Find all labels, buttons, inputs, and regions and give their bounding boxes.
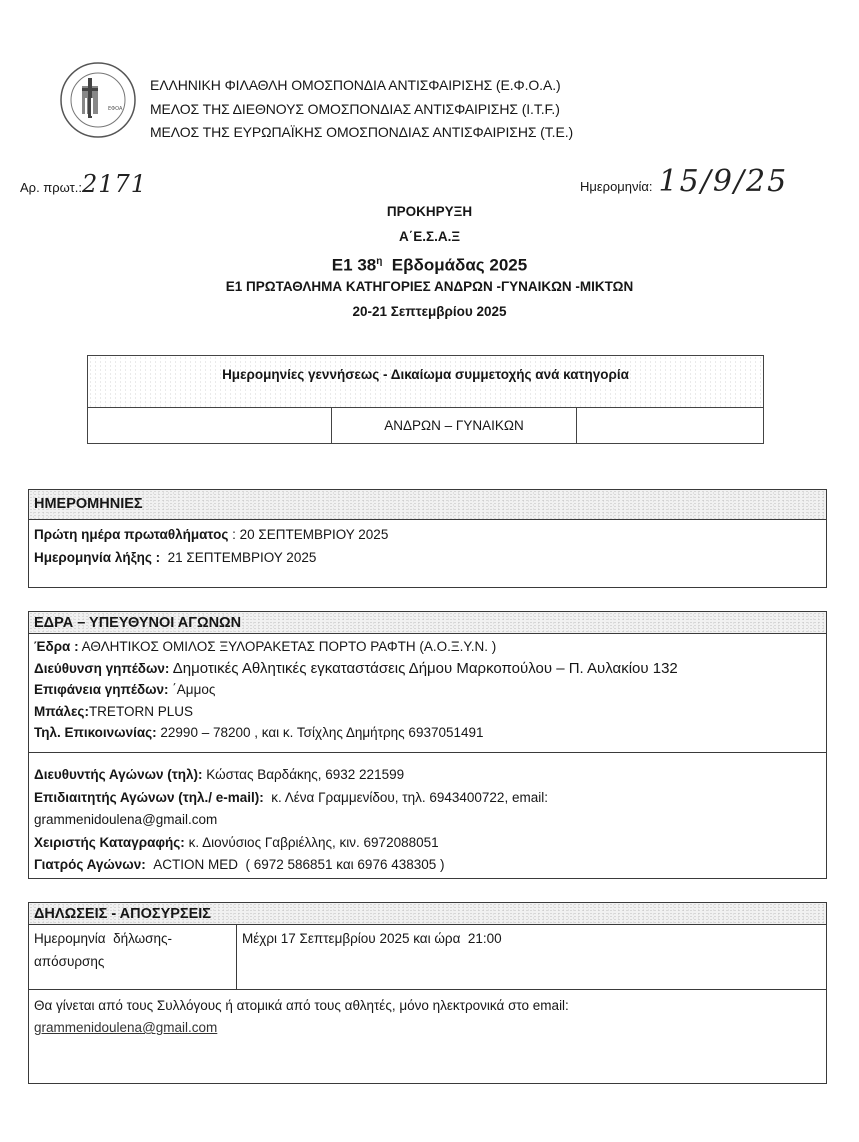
- table-row: ΑΝΔΡΩΝ – ΓΥΝΑΙΚΩΝ: [88, 408, 763, 443]
- row-label: Διευθυντής Αγώνων (τηλ):: [34, 767, 203, 782]
- protocol-number: Αρ. πρωτ.:2171: [20, 170, 147, 198]
- row-value: : 20 ΣΕΠΤΕΜΒΡΙΟΥ 2025: [228, 527, 388, 542]
- row-value: ΄Αμμος: [169, 682, 216, 697]
- entries-note-text: Θα γίνεται από τους Συλλόγους ή ατομικά …: [34, 995, 821, 1017]
- eligibility-table-header: Ημερομηνίες γεννήσεως - Δικαίωμα συμμετο…: [88, 356, 763, 408]
- eligibility-table: Ημερομηνίες γεννήσεως - Δικαίωμα συμμετο…: [87, 355, 764, 444]
- document-date: Ημερομηνία:15/9/25: [580, 164, 788, 199]
- row-label: Ημερομηνία λήξης :: [34, 550, 160, 565]
- entries-withdrawals-section: ΔΗΛΩΣΕΙΣ - ΑΠΟΣΥΡΣΕΙΣ Ημερομηνία δήλωσης…: [28, 902, 827, 1084]
- protocol-handwritten-number: 2171: [82, 170, 147, 198]
- row-value: 21 ΣΕΠΤΕΜΒΡΙΟΥ 2025: [160, 550, 316, 565]
- section-title: ΔΗΛΩΣΕΙΣ - ΑΠΟΣΥΡΣΕΙΣ: [29, 903, 826, 925]
- te-membership: ΜΕΛΟΣ ΤΗΣ ΕΥΡΩΠΑΪΚΗΣ ΟΜΟΣΠΟΝΔΙΑΣ ΑΝΤΙΣΦΑ…: [150, 121, 573, 145]
- date-label: Ημερομηνία:: [580, 179, 653, 194]
- address-row: Διεύθυνση γηπέδων: Δημοτικές Αθλητικές ε…: [29, 658, 826, 680]
- officials-details: Διευθυντής Αγώνων (τηλ): Κώστας Βαρδάκης…: [29, 753, 826, 877]
- deadline-row: Ημερομηνία δήλωσης- απόσυρσης Μέχρι 17 Σ…: [29, 925, 826, 990]
- row-value: ΑΘΛΗΤΙΚΟΣ ΟΜΙΛΟΣ ΞΥΛΟΡΑΚΕΤΑΣ ΠΟΡΤΟ ΡΑΦΤΗ…: [79, 639, 497, 654]
- end-date-row: Ημερομηνία λήξης : 21 ΣΕΠΤΕΜΒΡΙΟΥ 2025: [29, 546, 826, 569]
- venue-row: Έδρα : ΑΘΛΗΤΙΚΟΣ ΟΜΙΛΟΣ ΞΥΛΟΡΑΚΕΤΑΣ ΠΟΡΤ…: [29, 636, 826, 658]
- week-suffix: Εβδομάδας 2025: [382, 256, 527, 275]
- row-label: Πρώτη ημέρα πρωταθλήματος: [34, 527, 228, 542]
- tournament-category: Α΄Ε.Σ.Α.Ξ: [0, 225, 859, 250]
- row-label: Επιδιαιτητής Αγώνων (τηλ./ e-mail):: [34, 790, 264, 805]
- dates-section: ΗΜΕΡΟΜΗΝΙΕΣ Πρώτη ημέρα πρωταθλήματος : …: [28, 489, 827, 588]
- tournament-director-row: Διευθυντής Αγώνων (τηλ): Κώστας Βαρδάκης…: [29, 764, 826, 787]
- row-label: Χειριστής Καταγραφής:: [34, 835, 185, 850]
- row-value: TRETORN PLUS: [89, 704, 193, 719]
- section-title: ΗΜΕΡΟΜΗΝΙΕΣ: [29, 490, 826, 520]
- org-name: ΕΛΛΗΝΙΚΗ ΦΙΛΑΘΛΗ ΟΜΟΣΠΟΝΔΙΑ ΑΝΤΙΣΦΑΙΡΙΣΗ…: [150, 74, 573, 98]
- recorder-row: Χειριστής Καταγραφής: κ. Διονύσιος Γαβρι…: [29, 832, 826, 855]
- deadline-value: Μέχρι 17 Σεπτεμβρίου 2025 και ώρα 21:00: [237, 925, 826, 989]
- referee-row: Επιδιαιτητής Αγώνων (τηλ./ e-mail): κ. Λ…: [29, 787, 826, 810]
- row-value: κ. Λένα Γραμμενίδου, τηλ. 6943400722, em…: [264, 790, 548, 805]
- table-cell: [577, 408, 763, 443]
- row-label: Διεύθυνση γηπέδων:: [34, 661, 169, 676]
- deadline-label-line: Ημερομηνία δήλωσης-: [34, 927, 231, 950]
- balls-row: Μπάλες:TRETORN PLUS: [29, 701, 826, 723]
- row-label: Μπάλες:: [34, 704, 89, 719]
- section-title: ΕΔΡΑ – ΥΠΕΥΘΥΝΟΙ ΑΓΩΝΩΝ: [29, 612, 826, 634]
- tournament-dates: 20-21 Σεπτεμβρίου 2025: [0, 300, 859, 325]
- deadline-label-line: απόσυρσης: [34, 950, 231, 973]
- venue-details: Έδρα : ΑΘΛΗΤΙΚΟΣ ΟΜΙΛΟΣ ΞΥΛΟΡΑΚΕΤΑΣ ΠΟΡΤ…: [29, 634, 826, 753]
- table-cell: [88, 408, 332, 443]
- announcement-title-block: ΠΡΟΚΗΡΥΞΗ Α΄Ε.Σ.Α.Ξ Ε1 38η Εβδομάδας 202…: [0, 200, 859, 324]
- row-label: Επιφάνεια γηπέδων:: [34, 682, 169, 697]
- row-value: Κώστας Βαρδάκης, 6932 221599: [203, 767, 405, 782]
- surface-row: Επιφάνεια γηπέδων: ΄Αμμος: [29, 679, 826, 701]
- row-value: ACTION MED ( 6972 586851 και 6976 438305…: [146, 857, 445, 872]
- entries-email-link[interactable]: grammenidoulena@gmail.com: [34, 1020, 217, 1035]
- row-value: 22990 – 78200 , και κ. Τσίχλης Δημήτρης …: [157, 725, 484, 740]
- row-label: Έδρα :: [34, 639, 79, 654]
- row-value: Δημοτικές Αθλητικές εγκαταστάσεις Δήμου …: [169, 660, 677, 677]
- federation-logo-icon: ΕΦΟΑ: [58, 60, 138, 140]
- deadline-label: Ημερομηνία δήλωσης- απόσυρσης: [29, 925, 237, 989]
- entries-note: Θα γίνεται από τους Συλλόγους ή ατομικά …: [29, 990, 826, 1039]
- referee-email[interactable]: grammenidoulena@gmail.com: [34, 812, 217, 827]
- organization-header: ΕΛΛΗΝΙΚΗ ΦΙΛΑΘΛΗ ΟΜΟΣΠΟΝΔΙΑ ΑΝΤΙΣΦΑΙΡΙΣΗ…: [150, 74, 573, 145]
- svg-text:ΕΦΟΑ: ΕΦΟΑ: [108, 106, 123, 112]
- date-handwritten-value: 15/9/25: [659, 164, 789, 199]
- first-day-row: Πρώτη ημέρα πρωταθλήματος : 20 ΣΕΠΤΕΜΒΡΙ…: [29, 523, 826, 546]
- week-prefix: Ε1 38: [332, 256, 376, 275]
- announcement-title: ΠΡΟΚΗΡΥΞΗ: [0, 200, 859, 225]
- contact-phone-row: Τηλ. Επικοινωνίας: 22990 – 78200 , και κ…: [29, 722, 826, 744]
- table-cell: ΑΝΔΡΩΝ – ΓΥΝΑΙΚΩΝ: [332, 408, 577, 443]
- doctor-row: Γιατρός Αγώνων: ACTION MED ( 6972 586851…: [29, 854, 826, 877]
- itf-membership: ΜΕΛΟΣ ΤΗΣ ΔΙΕΘΝΟΥΣ ΟΜΟΣΠΟΝΔΙΑΣ ΑΝΤΙΣΦΑΙΡ…: [150, 98, 573, 122]
- referee-email-row: grammenidoulena@gmail.com: [29, 809, 826, 832]
- tournament-week: Ε1 38η Εβδομάδας 2025: [0, 249, 859, 275]
- row-value: κ. Διονύσιος Γαβριέλλης, κιν. 6972088051: [185, 835, 439, 850]
- row-label: Τηλ. Επικοινωνίας:: [34, 725, 157, 740]
- protocol-label: Αρ. πρωτ.:: [20, 180, 82, 195]
- venue-officials-section: ΕΔΡΑ – ΥΠΕΥΘΥΝΟΙ ΑΓΩΝΩΝ Έδρα : ΑΘΛΗΤΙΚΟΣ…: [28, 611, 827, 879]
- row-label: Γιατρός Αγώνων:: [34, 857, 146, 872]
- championship-categories: Ε1 ΠΡΩΤΑΘΛΗΜΑ ΚΑΤΗΓΟΡΙΕΣ ΑΝΔΡΩΝ -ΓΥΝΑΙΚΩ…: [0, 275, 859, 300]
